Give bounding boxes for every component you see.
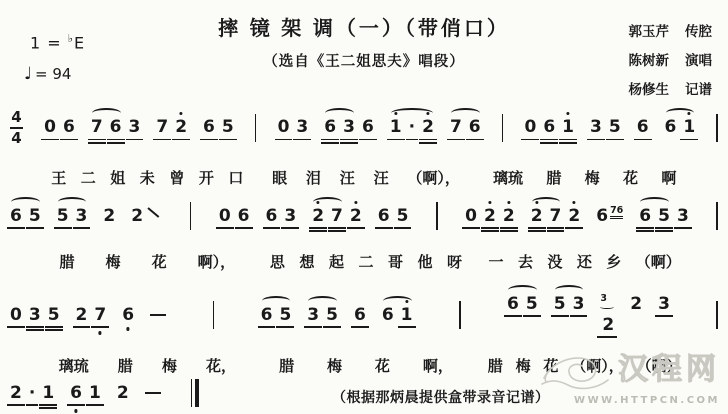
lyric: 呀 [447,251,462,272]
beam-line [655,227,673,229]
beam-line [54,227,72,229]
note-group: 53 [57,208,88,225]
beam-line [606,139,624,141]
note: 3 [307,307,319,324]
lyric: 璃琉 [59,355,89,376]
lyric: 思 [270,251,285,272]
note-digit: 1 [390,119,402,136]
note-digit: 6 [507,296,519,313]
measure: 655322 [10,208,162,225]
lyric: 腊 [118,355,133,376]
note-digit: 7 [450,119,462,136]
beam-line [172,139,190,141]
note: 2 [422,119,434,136]
lyric: 未 [140,167,155,188]
lyric-chunk: 一去没还乡（啊） [475,251,694,272]
octave-dot-above [426,112,429,115]
note-digit: 2 [131,208,143,225]
beam-line [88,139,106,141]
note-digit: 5 [397,208,409,225]
note: 6 [266,208,278,225]
notes-row: 2·1612 [8,379,322,407]
note: 1 [390,119,402,136]
note-group: 636 [324,119,374,136]
slur-arc: 61 [665,119,696,136]
measure: 067637265 [44,119,234,136]
note: 3 [573,296,585,313]
note: 6 [665,119,677,136]
beam-line [528,230,546,232]
note-digit: 6 [362,119,374,136]
beam-line [107,139,125,141]
note-group: 35 [307,307,338,324]
beam-line [216,227,234,229]
note-digit: 6 [665,119,677,136]
beam-line [26,329,44,331]
note-digit: 2 [175,119,187,136]
note-digit: 5 [48,307,60,324]
octave-dot-above [405,300,408,303]
note: 5 [222,119,234,136]
credit-role: 记谱 [685,78,712,98]
beam-line [275,139,293,141]
note-digit: 2 [422,119,434,136]
note-digit: 6 [596,208,608,225]
note-group: 61 [70,385,101,402]
notes-row: 655322066327265022272676653 [8,202,720,230]
note: 0 [10,307,22,324]
credit-role: 传腔 [685,20,712,40]
note: 6 [324,119,336,136]
beam-line [26,227,44,229]
beam-line [347,227,365,229]
lyric-chunk: 腊梅花啊， [257,355,476,376]
credit-name: 郭玉芹 [629,20,670,40]
lyric: 璃琉 [493,167,523,188]
octave-dot-above [317,201,320,204]
slur-arc: 65 [639,208,670,225]
note-group: 6 [122,307,134,324]
lyric: 起 [329,251,344,272]
note-group: 06 [219,208,250,225]
note-digit: 2 [531,208,543,225]
beam-line [540,139,558,141]
note-digit: 6 [238,208,250,225]
note-digit: 6 [63,119,75,136]
lyric: 眼 [272,167,287,188]
lyric: 去 [518,251,533,272]
measure: 2·1612 [10,385,161,402]
note-digit: 1 [42,385,54,402]
beam-line [39,404,57,406]
note: 2 [117,385,129,402]
glide-down-icon [147,207,159,218]
barline [213,301,215,329]
note-digit: 3 [129,119,141,136]
key-prefix: 1 = [30,33,68,52]
note: 6 [70,385,82,402]
note: 6 [378,208,390,225]
lyric: 花 [375,355,390,376]
beam-line [323,326,341,328]
note: 7 [450,119,462,136]
slur-arc: 35 [307,307,338,324]
beam-line [258,326,276,328]
beam-line [674,227,692,229]
note-digit: 5 [326,307,338,324]
beam-line [26,326,44,328]
note: 32 [600,296,614,334]
octave-dot-above [507,201,510,204]
note: 5 [279,307,291,324]
note: 7 [156,119,168,136]
slur-arc: 76 [450,119,481,136]
octave-dot-below [127,327,130,330]
beam-line [340,142,358,144]
note-digit: 6 [354,307,366,324]
beam-line [587,139,605,141]
note-group: 65 [203,119,234,136]
slur-arc: 53 [554,296,585,313]
lyric: 二 [358,251,373,272]
lyric: 花 [152,251,167,272]
note: 6 [63,119,75,136]
watermark-row: 汉程网 [520,348,720,392]
note-group: 06 [44,119,75,136]
note-group: 53 [554,296,585,313]
measure: 036361·276 [278,119,481,136]
note-digit: 0 [278,119,290,136]
lyric: 啊， [423,355,453,376]
note: 3 [76,208,88,225]
beam-line [521,139,539,141]
note: 6 [637,119,649,136]
measure: 066327265 [219,208,409,225]
note-digit: 6 [639,208,651,225]
time-denominator: 4 [11,131,21,146]
note-group: 2 [630,296,642,313]
note-digit: 2 [117,385,129,402]
beam-line [276,326,294,328]
beam-line [67,404,85,406]
slur-arc: 63 [324,119,355,136]
slur-arc: 65 [507,296,538,313]
lyric: 梅 [327,355,342,376]
note-group: 2 [117,385,129,402]
lyric-chunk: 眼泪汪汪（啊）， [257,167,476,188]
note-digit: 5 [526,296,538,313]
note-group: 2·1 [10,385,54,402]
lyric: 泪 [306,167,321,188]
note-digit: 6 [10,208,22,225]
note-digit: 1 [89,385,101,402]
note: 6 [507,296,519,313]
note-digit: 3 [658,296,670,313]
dash-note [145,392,161,394]
note: 6 [203,119,215,136]
final-barline-thick [195,379,200,407]
note-group: 61 [665,119,696,136]
note-group: 65 [378,208,409,225]
lyric: 汪 [374,167,389,188]
note: 2 [503,208,515,225]
note-group: 63 [266,208,297,225]
beam-line [565,227,583,229]
credit-name: 陈树新 [629,49,670,69]
note-digit: 6 [382,307,394,324]
note-digit: 6 [637,119,649,136]
beam-line [60,139,78,141]
beam-line [481,227,499,229]
grace-notes-after: 76 [610,205,623,219]
beam-line [680,139,698,141]
beam-line [551,315,569,317]
beam-line [636,227,654,229]
note-digit: 1 [401,307,413,324]
note-group: 35 [590,119,621,136]
notes-row: 44067637265036361·27606135661 [8,110,720,146]
note: 0 [524,119,536,136]
note: 2 [131,208,162,225]
note-digit: 3 [590,119,602,136]
beam-line [419,142,437,144]
beam-line [655,230,673,232]
note-group: 03 [278,119,309,136]
beam-line [309,227,327,229]
beam-line [126,139,144,141]
note-group: 61 [382,307,413,324]
note-group: 65 [507,296,538,313]
note-group: 65 [261,307,292,324]
lyric: 想 [299,251,314,272]
beam-line [235,227,253,229]
note: 676 [596,208,623,225]
note: 2 [175,119,187,136]
note-digit: 3 [284,208,296,225]
beam-line [293,139,311,141]
barline [190,202,192,230]
beam-line [200,139,218,141]
watermark-url: WWW.HTTPCN.COM [520,395,720,406]
beam-line [88,142,106,144]
note-digit: 7 [91,119,103,136]
note: 3 [129,119,141,136]
lyric: 腊 [546,167,561,188]
note: 2 [103,208,115,225]
octave-dot-below [74,409,77,412]
note-digit: 2 [484,208,496,225]
beam-line [466,139,484,141]
lyric: 腊 [488,355,503,376]
lyric: 花 [623,167,638,188]
note-digit: 6 [266,208,278,225]
song-subtitle: （选自《王二姐思夫》唱段） [0,50,728,71]
watermark-dragon-icon [540,348,612,392]
beam-line [321,142,339,144]
beam-line [634,139,652,141]
note: 0 [278,119,290,136]
slur-arc: 65 [261,307,292,324]
note-group: 061 [524,119,574,136]
lyric: 还 [577,251,592,272]
beam-line [107,142,125,144]
note: 7 [550,208,562,225]
time-numerator: 4 [11,110,21,125]
note-digit: 0 [219,208,231,225]
measure: 6535661 [261,307,413,324]
lyric: 曾 [169,167,184,188]
beam-line [655,315,673,317]
score-system: 44067637265036361·27606135661王二姐未曾开口眼泪汪汪… [8,110,720,188]
beam-line [263,227,281,229]
note-group: 272 [312,208,362,225]
note-digit: 2 [350,208,362,225]
note-group: 2 [103,208,115,225]
note: 6 [261,307,273,324]
octave-dot-below [99,331,102,334]
lyric: 啊）， [198,251,236,272]
note: 2 [76,307,88,324]
note: 1 [401,307,413,324]
note-digit: 2 [568,208,580,225]
note-digit: 7 [156,119,168,136]
note: 7 [91,119,103,136]
beam-line [153,139,171,141]
lyric: 梅 [585,167,600,188]
octave-dot-above [688,112,691,115]
note-digit: 5 [29,208,41,225]
lyric-chunk: 王二姐未曾开口 [38,167,257,188]
lyric-chunk: 思想起二哥他呀 [257,251,476,272]
beam-line [7,227,25,229]
note: · [409,119,415,136]
lyric: 口 [228,167,243,188]
note-digit: 3 [343,119,355,136]
beam-line [359,139,377,141]
note: 2 [484,208,496,225]
beam-line [570,315,588,317]
lyrics-row: 王二姐未曾开口眼泪汪汪（啊），璃琉腊梅花啊 [8,167,720,188]
lyric: （啊） [636,251,681,272]
beam-line [419,139,437,141]
beam-line [375,227,393,229]
note-digit: 6 [110,119,122,136]
lyric-chunk: 璃琉腊梅花， [38,355,257,376]
barline [716,202,718,230]
beam-line [504,315,522,317]
note: 5 [526,296,538,313]
note-digit: 3 [307,307,319,324]
note: 1 [562,119,574,136]
note-digit: 3 [76,208,88,225]
lyric: 腊 [279,355,294,376]
note-group: 272 [531,208,581,225]
note: 0 [219,208,231,225]
note: 3 [296,119,308,136]
measure: 035276 [10,307,166,324]
lyric: 汪 [340,167,355,188]
lyric: （啊）， [407,167,460,188]
sheet-music-page: 摔 镜 架 调（一）（带俏口） （选自《王二姐思夫》唱段） 1 = ♭E ♩= … [0,0,728,414]
note: 2 [312,208,324,225]
final-barline-thin [191,379,193,407]
beam-line [219,139,237,141]
note: 3 [29,307,41,324]
note-group: 035 [10,307,60,324]
note-digit: 1 [562,119,574,136]
note-digit: 3 [677,208,689,225]
final-barline [191,379,200,407]
beam-line [7,404,25,406]
watermark: 汉程网 WWW.HTTPCN.COM [520,348,720,406]
key-signature: 1 = ♭E [30,32,85,52]
note: 5 [609,119,621,136]
note: 5 [658,208,670,225]
source-note: （根据那炳晨提供盒带录音记谱） [332,387,550,407]
note: 6 [122,307,134,324]
note: 6 [110,119,122,136]
note-group: 763 [91,119,141,136]
note-group: 1·2 [390,119,434,136]
beam-line [7,326,25,328]
note: 7 [94,307,106,324]
note: 2 [10,385,22,402]
note-group: 27 [76,307,107,324]
beam-line [447,139,465,141]
note: 0 [44,119,56,136]
lyrics-row: 腊梅花啊），思想起二哥他呀一去没还乡（啊） [8,251,720,272]
beam-line [462,227,480,229]
lyric: 花， [206,355,236,376]
slur-arc: 76 [91,119,122,136]
lyric: 开 [199,167,214,188]
score-system: 655322066327265022272676653腊梅花啊），思想起二哥他呀… [8,202,720,272]
note-digit: 6 [378,208,390,225]
note-digit: 5 [57,208,69,225]
beam-line [328,227,346,229]
slur-arc: 61 [382,307,413,324]
note-digit: 2 [630,296,642,313]
note-digit: 3 [29,307,41,324]
note: 1 [89,385,101,402]
octave-dot-above [566,112,569,115]
beam-line [559,142,577,144]
beam-line [73,326,91,328]
note: 6 [238,208,250,225]
note: 6 [354,307,366,324]
note: 5 [29,208,41,225]
octave-dot-above [354,201,357,204]
note-digit: 6 [469,119,481,136]
lyric: 乡 [606,251,621,272]
note-group: 32 [600,296,614,334]
note-group: 3 [658,296,670,313]
tempo-value: = 94 [35,65,71,83]
note-digit: 5 [222,119,234,136]
lyric: 梅 [162,355,177,376]
note-digit: 7 [94,307,106,324]
beam-line [281,227,299,229]
lyric-chunk: 璃琉腊梅花啊 [475,167,694,188]
barline [716,301,718,329]
barline [502,114,504,142]
beam-line [304,326,322,328]
octave-dot-above [535,201,538,204]
note-group: 2 [131,208,162,225]
note: 5 [397,208,409,225]
note-digit: 6 [122,307,134,324]
beam-line [540,142,558,144]
